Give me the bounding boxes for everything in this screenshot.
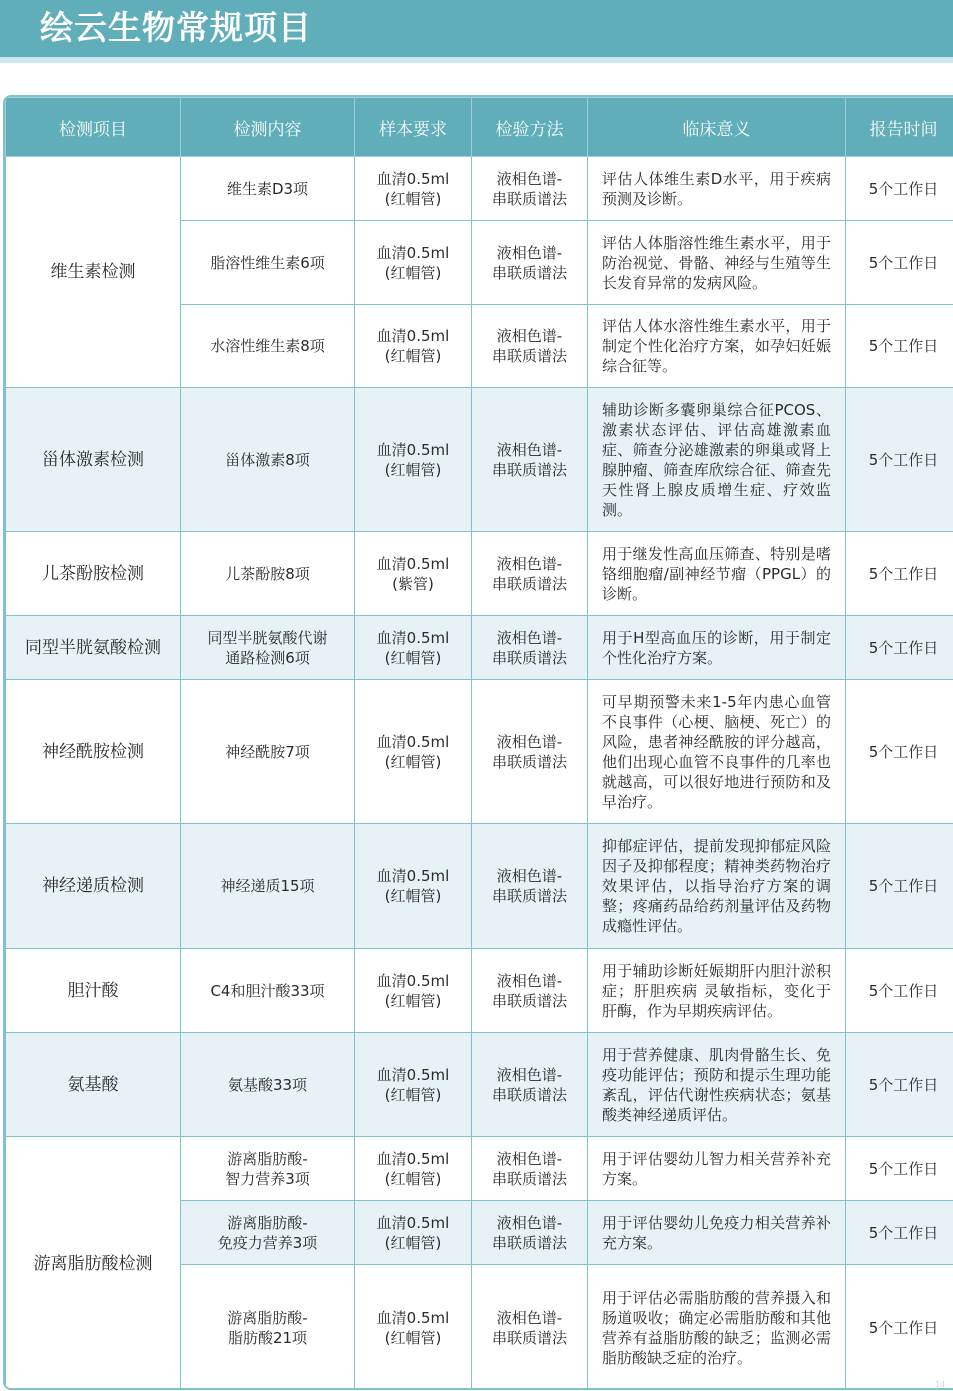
cell-method: 液相色谱-串联质谱法 [472,1201,588,1265]
cell-sample: 血清0.5ml(红帽管) [355,1033,472,1137]
cell-sample: 血清0.5ml(红帽管) [355,824,472,949]
title-banner: 绘云生物常规项目 [0,0,953,57]
cell-method: 液相色谱-串联质谱法 [472,949,588,1033]
cell-item: 氨基酸 [6,1033,181,1137]
cell-method: 液相色谱-串联质谱法 [472,1137,588,1201]
cell-time: 5个工作日 [846,1033,953,1137]
cell-content: 游离脂肪酸-脂肪酸21项 [181,1265,355,1391]
header-item: 检测项目 [6,98,181,157]
cell-content: 甾体激素8项 [181,388,355,532]
cell-item: 维生素检测 [6,157,181,388]
header-time: 报告时间 [846,98,953,157]
cell-meaning: 用于营养健康、肌肉骨骼生长、免疫功能评估；预防和提示生理功能紊乱，评估代谢性疾病… [588,1033,846,1137]
cell-content: 同型半胱氨酸代谢通路检测6项 [181,616,355,680]
cell-meaning: 抑郁症评估，提前发现抑郁症风险因子及抑郁程度；精神类药物治疗效果评估，以指导治疗… [588,824,846,949]
cell-method: 液相色谱-串联质谱法 [472,824,588,949]
banner-stripe [0,57,953,63]
table-row: 神经酰胺检测神经酰胺7项血清0.5ml(红帽管)液相色谱-串联质谱法可早期预警未… [6,680,953,824]
cell-method: 液相色谱-串联质谱法 [472,680,588,824]
cell-time: 5个工作日 [846,1137,953,1201]
cell-sample: 血清0.5ml(红帽管) [355,1201,472,1265]
cell-content: 氨基酸33项 [181,1033,355,1137]
cell-sample: 血清0.5ml(红帽管) [355,1137,472,1201]
cell-sample: 血清0.5ml(红帽管) [355,1265,472,1391]
cell-content: 水溶性维生素8项 [181,305,355,388]
cell-method: 液相色谱-串联质谱法 [472,305,588,388]
cell-time: 5个工作日 [846,824,953,949]
cell-meaning: 用于评估必需脂肪酸的营养摄入和肠道吸收；确定必需脂肪酸和其他营养有益脂肪酸的缺乏… [588,1265,846,1391]
cell-content: 神经酰胺7项 [181,680,355,824]
cell-time: 5个工作日 [846,1201,953,1265]
cell-method: 液相色谱-串联质谱法 [472,157,588,221]
cell-meaning: 用于辅助诊断妊娠期肝内胆汁淤积症；肝胆疾病 灵敏指标，变化于肝酶，作为早期疾病评… [588,949,846,1033]
cell-meaning: 评估人体水溶性维生素水平，用于制定个性化治疗方案，如孕妇妊娠综合征等。 [588,305,846,388]
cell-method: 液相色谱-串联质谱法 [472,616,588,680]
header-sample: 样本要求 [355,98,472,157]
cell-time: 5个工作日 [846,221,953,305]
cell-content: 游离脂肪酸-智力营养3项 [181,1137,355,1201]
cell-time: 5个工作日 [846,305,953,388]
project-table: 检测项目 检测内容 样本要求 检验方法 临床意义 报告时间 维生素检测维生素D3… [3,95,953,1390]
cell-method: 液相色谱-串联质谱法 [472,1033,588,1137]
cell-item: 胆汁酸 [6,949,181,1033]
cell-meaning: 用于H型高血压的诊断，用于制定个性化治疗方案。 [588,616,846,680]
cell-content: 脂溶性维生素6项 [181,221,355,305]
cell-time: 5个工作日 [846,616,953,680]
cell-meaning: 用于评估婴幼儿智力相关营养补充方案。 [588,1137,846,1201]
table-row: 神经递质检测神经递质15项血清0.5ml(红帽管)液相色谱-串联质谱法抑郁症评估… [6,824,953,949]
table-row: 同型半胱氨酸检测同型半胱氨酸代谢通路检测6项血清0.5ml(红帽管)液相色谱-串… [6,616,953,680]
cell-meaning: 可早期预警未来1-5年内患心血管不良事件（心梗、脑梗、死亡）的风险，患者神经酰胺… [588,680,846,824]
cell-meaning: 用于评估婴幼儿免疫力相关营养补充方案。 [588,1201,846,1265]
cell-time: 5个工作日 [846,680,953,824]
cell-content: 游离脂肪酸-免疫力营养3项 [181,1201,355,1265]
header-method: 检验方法 [472,98,588,157]
cell-time: 5个工作日 [846,949,953,1033]
cell-time: 5个工作日 [846,532,953,616]
table-row: 维生素检测维生素D3项血清0.5ml(红帽管)液相色谱-串联质谱法评估人体维生素… [6,157,953,221]
cell-item: 游离脂肪酸检测 [6,1137,181,1391]
cell-method: 液相色谱-串联质谱法 [472,221,588,305]
table-row: 氨基酸氨基酸33项血清0.5ml(红帽管)液相色谱-串联质谱法用于营养健康、肌肉… [6,1033,953,1137]
cell-meaning: 用于继发性高血压筛查、特别是嗜铬细胞瘤/副神经节瘤（PPGL）的诊断。 [588,532,846,616]
cell-sample: 血清0.5ml(红帽管) [355,949,472,1033]
cell-meaning: 评估人体脂溶性维生素水平，用于防治视觉、骨骼、神经与生殖等生长发育异常的发病风险… [588,221,846,305]
cell-sample: 血清0.5ml(红帽管) [355,221,472,305]
table-row: 儿茶酚胺检测儿茶酚胺8项血清0.5ml(紫管)液相色谱-串联质谱法用于继发性高血… [6,532,953,616]
cell-item: 甾体激素检测 [6,388,181,532]
header-meaning: 临床意义 [588,98,846,157]
cell-sample: 血清0.5ml(红帽管) [355,157,472,221]
cell-sample: 血清0.5ml(红帽管) [355,388,472,532]
cell-method: 液相色谱-串联质谱法 [472,532,588,616]
page-title: 绘云生物常规项目 [40,6,312,50]
cell-sample: 血清0.5ml(红帽管) [355,616,472,680]
cell-sample: 血清0.5ml(红帽管) [355,305,472,388]
table-row: 游离脂肪酸检测游离脂肪酸-智力营养3项血清0.5ml(红帽管)液相色谱-串联质谱… [6,1137,953,1201]
cell-sample: 血清0.5ml(紫管) [355,532,472,616]
table-header-row: 检测项目 检测内容 样本要求 检验方法 临床意义 报告时间 [6,98,953,157]
cell-content: 神经递质15项 [181,824,355,949]
cell-meaning: 辅助诊断多囊卵巢综合征PCOS、激素状态评估、评估高雄激素血症、筛查分泌雄激素的… [588,388,846,532]
cell-time: 5个工作日 [846,388,953,532]
cell-time: 5个工作日 [846,1265,953,1391]
cell-method: 液相色谱-串联质谱法 [472,388,588,532]
page-number: 14 [935,1380,945,1389]
cell-method: 液相色谱-串联质谱法 [472,1265,588,1391]
table-row: 胆汁酸C4和胆汁酸33项血清0.5ml(红帽管)液相色谱-串联质谱法用于辅助诊断… [6,949,953,1033]
cell-meaning: 评估人体维生素D水平，用于疾病预测及诊断。 [588,157,846,221]
cell-content: C4和胆汁酸33项 [181,949,355,1033]
cell-content: 维生素D3项 [181,157,355,221]
cell-time: 5个工作日 [846,157,953,221]
cell-content: 儿茶酚胺8项 [181,532,355,616]
cell-item: 同型半胱氨酸检测 [6,616,181,680]
cell-item: 儿茶酚胺检测 [6,532,181,616]
cell-sample: 血清0.5ml(红帽管) [355,680,472,824]
cell-item: 神经递质检测 [6,824,181,949]
cell-item: 神经酰胺检测 [6,680,181,824]
table-row: 甾体激素检测甾体激素8项血清0.5ml(红帽管)液相色谱-串联质谱法辅助诊断多囊… [6,388,953,532]
header-content: 检测内容 [181,98,355,157]
